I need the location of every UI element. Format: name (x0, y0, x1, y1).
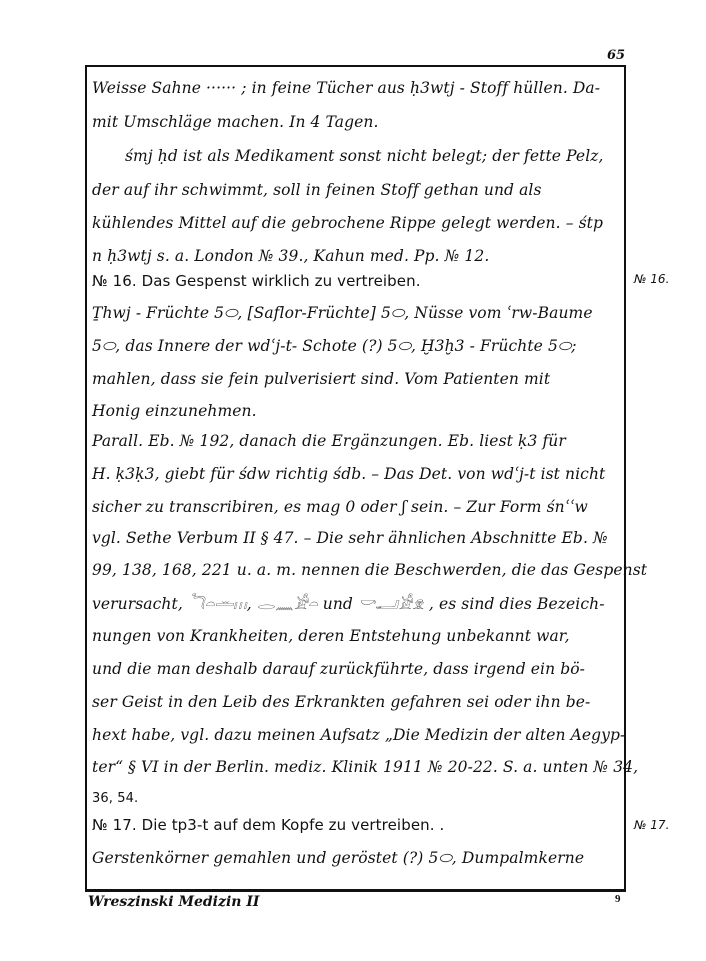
text-line: kühlendes Mittel auf die gebrochene Ripp… (92, 213, 603, 233)
text-line: 5⬭, das Innere der wdʿj-t- Schote (?) 5⬭… (92, 336, 577, 356)
section-heading-17: № 17. Die tp3-t auf dem Kopfe zu vertrei… (92, 815, 444, 835)
text-line: Ṯhwj - Früchte 5⬭, [Saflor-Früchte] 5⬭, … (92, 303, 593, 323)
text-line: der auf ihr schwimmt, soll in feinen Sto… (92, 180, 542, 200)
text-line: H. ḳ3ḳ3, giebt für śdw richtig śdb. – Da… (92, 464, 605, 484)
margin-label-17: № 17. (634, 818, 669, 832)
text-line: nungen von Krankheiten, deren Entstehung… (92, 626, 570, 646)
text-line: Gerstenkörner gemahlen und geröstet (?) … (92, 848, 584, 868)
text-line: Honig einzunehmen. (92, 401, 257, 421)
text-line: sicher zu transcribiren, es mag 0 oder ʃ… (92, 497, 588, 517)
text-line: und die man deshalb darauf zurückführte,… (92, 659, 585, 679)
margin-label-16: № 16. (634, 272, 669, 286)
text-line: ser Geist in den Leib des Erkrankten gef… (92, 692, 590, 712)
footer-sheet-number: 9 (615, 893, 621, 905)
text-line: vgl. Sethe Verbum II § 47. – Die sehr äh… (92, 528, 608, 548)
text-line: ter“ § VI in der Berlin. mediz. Klinik 1… (92, 757, 638, 777)
section-heading-16: № 16. Das Gespenst wirklich zu vertreibe… (92, 271, 421, 291)
text-line: n ḥ3wtj s. a. London № 39., Kahun med. P… (92, 246, 489, 266)
text-line: śmj ḥd ist als Medikament sonst nicht be… (125, 146, 604, 166)
text-line: mahlen, dass sie fein pulverisiert sind.… (92, 369, 550, 389)
page-number: 65 (607, 48, 625, 63)
footer-signature: Wreszinski Medizin II (88, 894, 259, 910)
text-line: 99, 138, 168, 221 u. a. m. nennen die Be… (92, 560, 647, 580)
text-line: Weisse Sahne ······ ; in feine Tücher au… (92, 78, 600, 98)
text-line: Parall. Eb. № 192, danach die Ergänzunge… (92, 431, 566, 451)
text-line: mit Umschläge machen. In 4 Tagen. (92, 112, 379, 132)
text-line-hieroglyphs: verursacht, 𓆓𓏏𓏛𓏥, 𓂋𓈖𓀀𓏏 und 𓎡𓂝𓀀𓁷 , es sin… (92, 594, 605, 614)
text-line: 36, 54. (92, 789, 138, 809)
text-line: hext habe, vgl. dazu meinen Aufsatz „Die… (92, 725, 625, 745)
